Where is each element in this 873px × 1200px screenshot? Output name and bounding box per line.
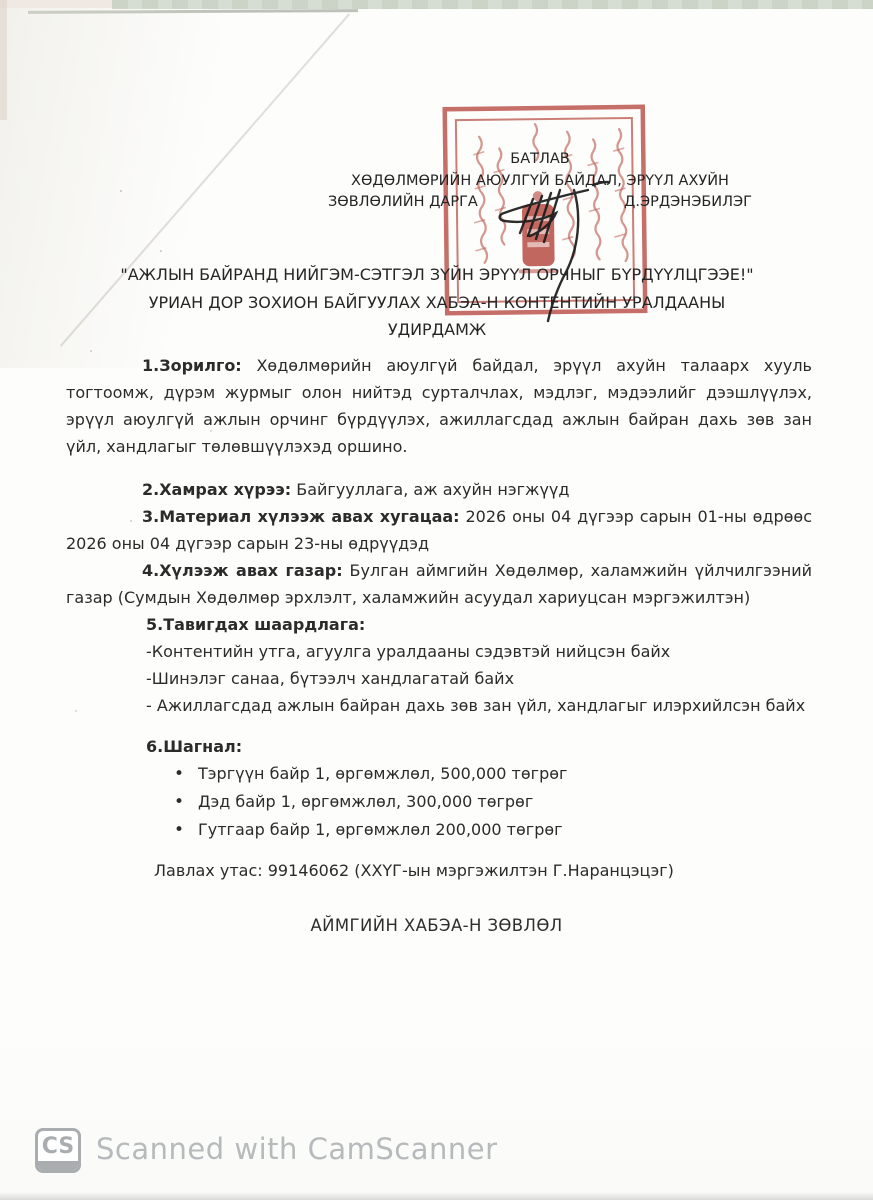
scan-edge-artifact [0,0,112,8]
title-line-1: "АЖЛЫН БАЙРАНД НИЙГЭМ-СЭТГЭЛ ЗҮЙН ЭРҮҮЛ … [64,261,810,289]
section-prizes-label: 6.Шагнал: [146,733,812,760]
prize-item: Тэргүүн байр 1, өргөмжлөл, 500,000 төгрө… [174,760,812,788]
contact-phone-line: Лавлах утас: 99146062 (ХХҮГ-ын мэргэжилт… [154,857,812,884]
camscanner-logo-bar [38,1161,78,1170]
scanned-document-page: БАТЛАВ ХӨДӨЛМӨРИЙН АЮУЛГҮЙ БАЙДАЛ, ЭРҮҮЛ… [0,0,873,1200]
title-line-3: УДИРДАМЖ [64,316,810,344]
prize-item: Дэд байр 1, өргөмжлөл, 300,000 төгрөг [174,788,812,816]
section-scope: 2.Хамрах хүрээ:Байгууллага, аж ахуйн нэг… [66,476,812,503]
section-purpose: 1.Зорилго:Хөдөлмөрийн аюулгүй байдал, эр… [66,352,812,460]
section-requirements-label: 5.Тавигдах шаардлага: [146,611,812,638]
paper-specks [120,190,122,192]
approval-word: БАТЛАВ [328,149,752,171]
section-scope-text: Байгууллага, аж ахуйн нэгжүүд [296,480,569,499]
section-venue: 4.Хүлээж авах газар:Булган аймгийн Хөдөл… [66,557,812,611]
approval-position: ЗӨВЛӨЛИЙН ДАРГА [328,192,478,214]
camscanner-watermark-text: Scanned with CamScanner [96,1132,498,1166]
prize-item: Гутгаар байр 1, өргөмжлөл 200,000 төгрөг [174,816,812,844]
section-deadline: 3.Материал хүлээж авах хугацаа:2026 оны … [66,503,812,557]
requirement-item: -Шинэлэг санаа, бүтээлч хандлагатай байх [146,665,812,692]
camscanner-logo-letters: CS [38,1131,78,1162]
section-deadline-label: 3.Материал хүлээж авах хугацаа: [142,507,465,526]
camscanner-logo-icon: CS [35,1128,81,1173]
document-body: 1.Зорилго:Хөдөлмөрийн аюулгүй байдал, эр… [66,352,812,884]
section-scope-label: 2.Хамрах хүрээ: [142,480,296,499]
approval-block: БАТЛАВ ХӨДӨЛМӨРИЙН АЮУЛГҮЙ БАЙДАЛ, ЭРҮҮЛ… [328,149,752,214]
title-line-2: УРИАН ДОР ЗОХИОН БАЙГУУЛАХ ХАБЭА-Н КОНТЕ… [64,289,810,317]
document-title: "АЖЛЫН БАЙРАНД НИЙГЭМ-СЭТГЭЛ ЗҮЙН ЭРҮҮЛ … [64,261,810,344]
requirement-item: -Контентийн утга, агуулга уралдааны сэдэ… [146,638,812,665]
footer-organization: АЙМГИЙН ХАБЭА-Н ЗӨВЛӨЛ [0,916,873,935]
approver-name: Д.ЭРДЭНЭБИЛЭГ [624,192,752,214]
section-venue-label: 4.Хүлээж авах газар: [142,561,350,580]
prize-list: Тэргүүн байр 1, өргөмжлөл, 500,000 төгрө… [66,760,812,844]
requirement-item: - Ажиллагсдад ажлын байран дахь зөв зан … [146,692,812,719]
section-purpose-label: 1.Зорилго: [142,356,256,375]
approval-org-line: ХӨДӨЛМӨРИЙН АЮУЛГҮЙ БАЙДАЛ, ЭРҮҮЛ АХУЙН [328,171,752,193]
scan-edge-artifact [0,1192,873,1200]
